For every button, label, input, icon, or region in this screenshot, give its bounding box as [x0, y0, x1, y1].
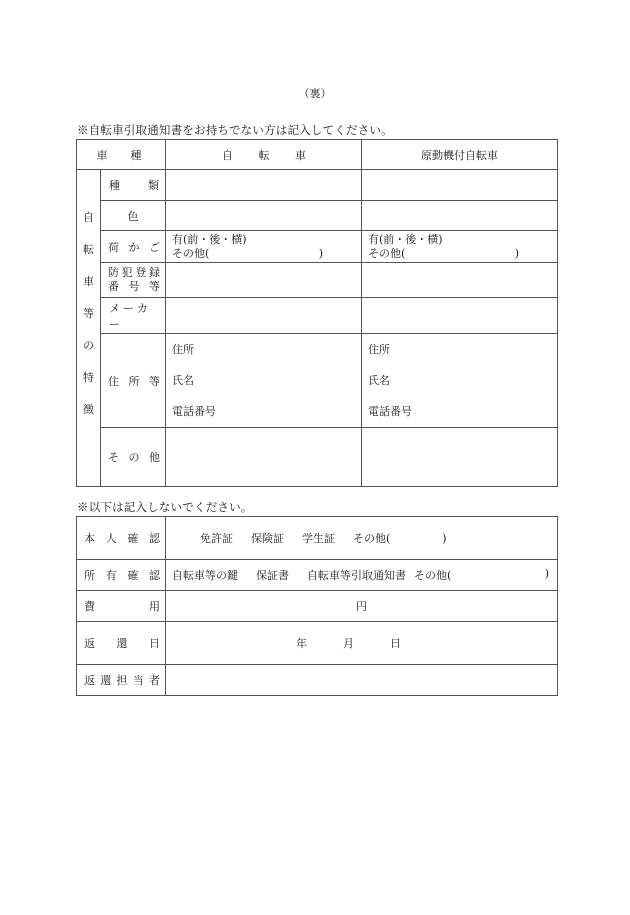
- row-label-color: 色: [101, 201, 166, 231]
- label-char: 確: [127, 530, 138, 546]
- option-other-open[interactable]: その他(: [414, 567, 451, 583]
- instruction-do-not-fill-note: ※以下は記入しないでください。: [77, 499, 253, 515]
- label-char: 還: [117, 635, 128, 651]
- label-char: 種: [131, 147, 142, 163]
- identity-check-options: 免許証保険証学生証その他(): [166, 517, 558, 560]
- day-unit: 日: [390, 637, 401, 650]
- row-label-basket: 荷かご: [101, 231, 166, 263]
- label-char: 本: [84, 530, 95, 546]
- option-warranty[interactable]: 保証書: [256, 567, 289, 583]
- month-unit: 月: [343, 637, 354, 650]
- option-other-close: ): [442, 532, 446, 545]
- label-char: 転: [259, 147, 270, 163]
- label-char: 等: [149, 280, 160, 294]
- label-char: 認: [149, 567, 160, 583]
- label-char: 認: [149, 530, 160, 546]
- option-other-close: ): [545, 567, 549, 583]
- label-char: 確: [127, 567, 138, 583]
- basket-option-line: 有(前・後・横): [368, 233, 557, 247]
- bicycle-owner-field[interactable]: 住所 氏名 電話番号: [166, 334, 362, 428]
- basket-other-open: その他(: [172, 247, 209, 261]
- page-side-label: （裏）: [0, 85, 630, 101]
- moped-owner-field[interactable]: 住所 氏名 電話番号: [362, 334, 558, 428]
- header-vehicle-kind: 車 種: [77, 140, 166, 170]
- moped-color-field[interactable]: [362, 201, 558, 231]
- row-label-identity-check: 本人確認: [77, 517, 166, 560]
- label-char: 犯: [122, 266, 133, 280]
- address-label: 住所: [172, 334, 361, 365]
- label-char: 転: [77, 244, 100, 255]
- label-char: 等: [149, 373, 160, 389]
- address-label: 住所: [368, 334, 557, 365]
- label-char: 車: [77, 276, 100, 287]
- label-char: 登: [135, 266, 146, 280]
- label-char: 返: [84, 672, 95, 688]
- basket-option-line: 有(前・後・横): [172, 233, 361, 247]
- label-char: 等: [77, 308, 100, 319]
- moped-basket-field[interactable]: 有(前・後・横) その他(): [362, 231, 558, 263]
- bicycle-color-field[interactable]: [166, 201, 362, 231]
- label-char: ご: [149, 239, 160, 255]
- label-char: の: [129, 449, 140, 465]
- bicycle-other-field[interactable]: [166, 428, 362, 487]
- year-unit: 年: [296, 637, 307, 650]
- label-char: 用: [149, 598, 160, 614]
- label-char: 人: [106, 530, 117, 546]
- label-char: 返: [84, 635, 95, 651]
- row-label-registration: 防犯登録 番号等: [101, 263, 166, 298]
- row-label-other: その他: [101, 428, 166, 487]
- label-char: 防: [108, 266, 119, 280]
- phone-label: 電話番号: [368, 396, 557, 427]
- moped-maker-field[interactable]: [362, 298, 558, 334]
- label-char: 所: [129, 373, 140, 389]
- office-use-table: 本人確認 免許証保険証学生証その他() 所有確認 自転車等の鍵保証書自転車等引取…: [76, 516, 558, 696]
- label-char: 号: [129, 280, 140, 294]
- name-label: 氏名: [368, 365, 557, 396]
- label-char: 他: [149, 449, 160, 465]
- row-label-return-staff: 返還担当者: [77, 665, 166, 696]
- label-char: 担: [117, 672, 128, 688]
- label-char: 自: [222, 147, 233, 163]
- option-bicycle-key[interactable]: 自転車等の鍵: [172, 567, 238, 583]
- bicycle-maker-field[interactable]: [166, 298, 362, 334]
- label-char: 荷: [108, 239, 119, 255]
- phone-label: 電話番号: [172, 396, 361, 427]
- header-moped: 原動機付自転車: [362, 140, 558, 170]
- return-staff-field[interactable]: [166, 665, 558, 696]
- label-char: か: [129, 239, 140, 255]
- moped-registration-field[interactable]: [362, 263, 558, 298]
- option-license[interactable]: 免許証: [200, 532, 233, 545]
- bicycle-type-field[interactable]: [166, 170, 362, 201]
- label-char: 徴: [77, 404, 100, 415]
- label-char: 録: [149, 266, 160, 280]
- basket-other-close: ): [319, 247, 323, 261]
- row-label-type: 種類: [101, 170, 166, 201]
- bicycle-features-table: 車 種 自 転 車 原動機付自転車 自 転 車 等 の 特 徴 種類 色: [76, 139, 558, 487]
- bicycle-registration-field[interactable]: [166, 263, 362, 298]
- label-char: そ: [108, 449, 119, 465]
- label-char: 自: [77, 212, 100, 223]
- row-label-ownership-check: 所有確認: [77, 560, 166, 591]
- basket-other-open: その他(: [368, 247, 405, 261]
- label-char: 日: [149, 635, 160, 651]
- label-char: 番: [108, 280, 119, 294]
- option-other-open[interactable]: その他(: [353, 532, 390, 545]
- ownership-check-options: 自転車等の鍵保証書自転車等引取通知書その他(): [166, 560, 558, 591]
- label-char: 住: [108, 373, 119, 389]
- moped-other-field[interactable]: [362, 428, 558, 487]
- instruction-fill-note: ※自転車引取通知書をお持ちでない方は記入してください。: [77, 122, 393, 138]
- row-label-maker: メーカー: [101, 298, 166, 334]
- label-char: 車: [295, 147, 306, 163]
- option-insurance-card[interactable]: 保険証: [251, 532, 284, 545]
- yen-unit: 円: [356, 600, 367, 613]
- label-char: 類: [148, 177, 159, 193]
- label-char: 者: [149, 672, 160, 688]
- moped-type-field[interactable]: [362, 170, 558, 201]
- fee-field[interactable]: 円: [166, 591, 558, 622]
- label-char: 種: [109, 177, 120, 193]
- label-char: 還: [100, 672, 111, 688]
- label-char: 車: [97, 147, 108, 163]
- group-label-bicycle-features: 自 転 車 等 の 特 徴: [77, 170, 101, 487]
- name-label: 氏名: [172, 365, 361, 396]
- row-label-address: 住所等: [101, 334, 166, 428]
- label-char: 所: [84, 567, 95, 583]
- option-pickup-notice[interactable]: 自転車等引取通知書: [307, 567, 406, 583]
- bicycle-basket-field[interactable]: 有(前・後・横) その他(): [166, 231, 362, 263]
- label-char: 有: [106, 567, 117, 583]
- basket-other-close: ): [515, 247, 519, 261]
- label-char: 費: [84, 598, 95, 614]
- row-label-fee: 費用: [77, 591, 166, 622]
- label-char: 特: [77, 372, 100, 383]
- label-char: の: [77, 340, 100, 351]
- return-date-field[interactable]: 年月日: [166, 622, 558, 665]
- row-label-return-date: 返還日: [77, 622, 166, 665]
- option-student-id[interactable]: 学生証: [302, 532, 335, 545]
- label-char: 当: [133, 672, 144, 688]
- header-bicycle: 自 転 車: [166, 140, 362, 170]
